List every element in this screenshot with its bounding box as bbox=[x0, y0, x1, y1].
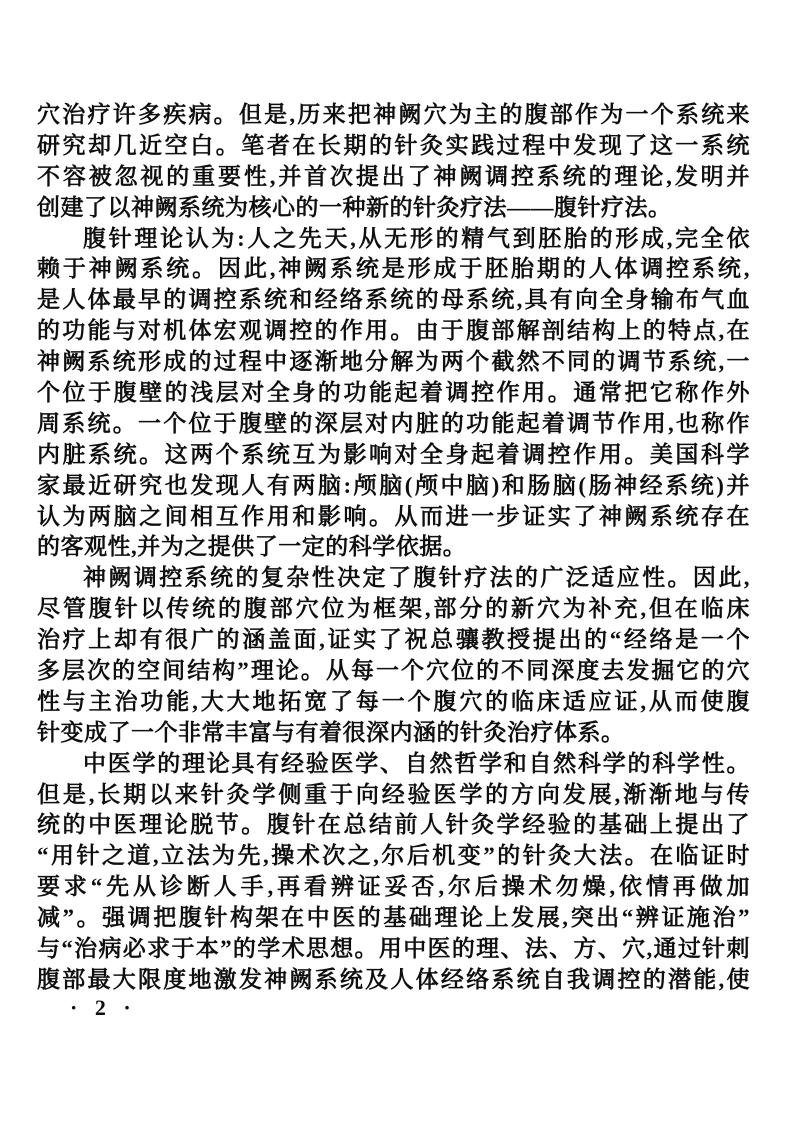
text-line: “用针之道,立法为先,操术次之,尔后机变”的针灸大法。在临证时 bbox=[37, 841, 750, 872]
text-line: 个位于腹壁的浅层对全身的功能起着调控作用。通常把它称作外 bbox=[37, 378, 750, 409]
text-line: 内脏系统。这两个系统互为影响对全身起着调控作用。美国科学 bbox=[37, 440, 750, 471]
text-line: 的功能与对机体宏观调控的作用。由于腹部解剖结构上的特点,在 bbox=[37, 316, 750, 347]
text-line: 认为两脑之间相互作用和影响。从而进一步证实了神阙系统存在 bbox=[37, 502, 750, 533]
text-line: 多层次的空间结构”理论。从每一个穴位的不同深度去发掘它的穴 bbox=[37, 656, 750, 687]
page-number: · 2 · bbox=[70, 995, 137, 1021]
text-line: 尽管腹针以传统的腹部穴位为框架,部分的新穴为补充,但在临床 bbox=[37, 594, 750, 625]
text-line: 针变成了一个非常丰富与有着很深内涵的针灸治疗体系。 bbox=[37, 718, 750, 749]
text-line: 穴治疗许多疾病。但是,历来把神阙穴为主的腹部作为一个系统来 bbox=[37, 100, 750, 131]
text-line: 中医学的理论具有经验医学、自然哲学和自然科学的科学性。 bbox=[37, 749, 750, 780]
text-line: 统的中医理论脱节。腹针在总结前人针灸学经验的基础上提出了 bbox=[37, 810, 750, 841]
text-line: 的客观性,并为之提供了一定的科学依据。 bbox=[37, 532, 750, 563]
text-line: 腹针理论认为:人之先天,从无形的精气到胚胎的形成,完全依 bbox=[37, 224, 750, 255]
text-line: 腹部最大限度地激发神阙系统及人体经络系统自我调控的潜能,使 bbox=[37, 965, 750, 996]
text-line: 是人体最早的调控系统和经络系统的母系统,具有向全身输布气血 bbox=[37, 285, 750, 316]
text-line: 减”。强调把腹针构架在中医的基础理论上发展,突出“辨证施治” bbox=[37, 903, 750, 934]
text-line: 但是,长期以来针灸学侧重于向经验医学的方向发展,渐渐地与传 bbox=[37, 780, 750, 811]
body-text: 穴治疗许多疾病。但是,历来把神阙穴为主的腹部作为一个系统来研究却几近空白。笔者在… bbox=[37, 100, 750, 996]
text-line: 周系统。一个位于腹壁的深层对内脏的功能起着调节作用,也称作 bbox=[37, 409, 750, 440]
book-page: 穴治疗许多疾病。但是,历来把神阙穴为主的腹部作为一个系统来研究却几近空白。笔者在… bbox=[0, 0, 793, 1122]
text-line: 不容被忽视的重要性,并首次提出了神阙调控系统的理论,发明并 bbox=[37, 162, 750, 193]
text-line: 神阙系统形成的过程中逐渐地分解为两个截然不同的调节系统,一 bbox=[37, 347, 750, 378]
text-line: 要求“先从诊断人手,再看辨证妥否,尔后操术勿燥,依情再做加 bbox=[37, 872, 750, 903]
text-line: 性与主治功能,大大地拓宽了每一个腹穴的临床适应证,从而使腹 bbox=[37, 687, 750, 718]
text-line: 赖于神阙系统。因此,神阙系统是形成于胚胎期的人体调控系统, bbox=[37, 254, 750, 285]
text-line: 神阙调控系统的复杂性决定了腹针疗法的广泛适应性。因此, bbox=[37, 563, 750, 594]
text-line: 家最近研究也发现人有两脑:颅脑(颅中脑)和肠脑(肠神经系统)并 bbox=[37, 471, 750, 502]
text-line: 研究却几近空白。笔者在长期的针灸实践过程中发现了这一系统 bbox=[37, 131, 750, 162]
text-line: 创建了以神阙系统为核心的一种新的针灸疗法——腹针疗法。 bbox=[37, 193, 750, 224]
text-line: 与“治病必求于本”的学术思想。用中医的理、法、方、穴,通过针刺 bbox=[37, 934, 750, 965]
text-line: 治疗上却有很广的涵盖面,证实了祝总骧教授提出的“经络是一个 bbox=[37, 625, 750, 656]
